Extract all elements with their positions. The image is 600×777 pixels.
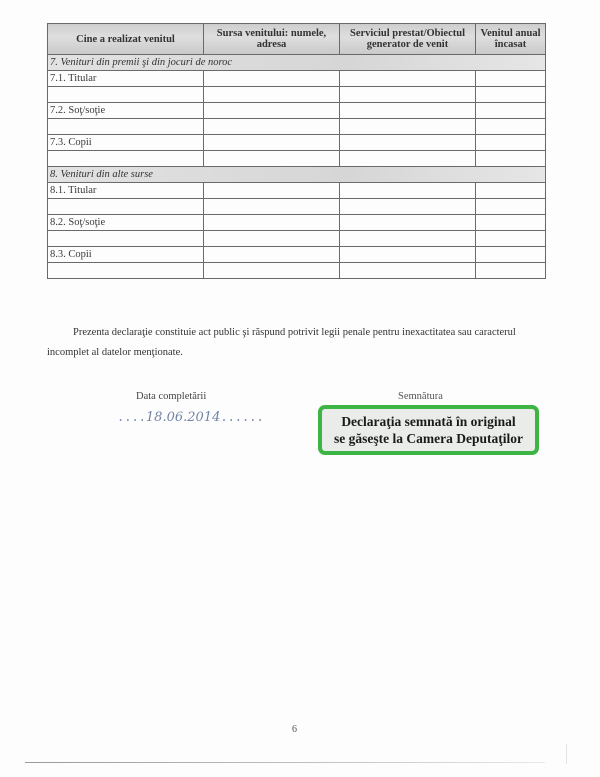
stamp-line-2: se găseşte la Camera Deputaţilor — [334, 430, 523, 447]
empty-cell — [476, 135, 546, 151]
date-field: ....18.06.2014...... — [117, 410, 264, 425]
signature-stamp: Declaraţia semnată în original se găseşt… — [318, 405, 539, 455]
empty-cell — [204, 247, 340, 263]
empty-cell — [340, 119, 476, 135]
empty-cell — [204, 135, 340, 151]
document-page: Cine a realizat venitul Sursa venitului:… — [0, 0, 600, 777]
empty-cell — [204, 151, 340, 167]
empty-cell — [476, 87, 546, 103]
section-title: 7. Venituri din premii şi din jocuri de … — [48, 55, 546, 71]
empty-cell — [340, 231, 476, 247]
empty-cell — [204, 119, 340, 135]
empty-cell — [476, 103, 546, 119]
row-label: 7.3. Copii — [48, 135, 204, 151]
empty-cell — [476, 263, 546, 279]
empty-cell — [204, 231, 340, 247]
empty-cell — [340, 151, 476, 167]
income-table: Cine a realizat venitul Sursa venitului:… — [47, 23, 546, 279]
row-label: 8.3. Copii — [48, 247, 204, 263]
table-row: 7.1. Titular — [48, 71, 546, 87]
row-label — [48, 199, 204, 215]
row-label — [48, 151, 204, 167]
empty-cell — [204, 87, 340, 103]
empty-cell — [340, 71, 476, 87]
table-row: 7.2. Soţ/soţie — [48, 103, 546, 119]
empty-cell — [204, 199, 340, 215]
empty-cell — [204, 71, 340, 87]
empty-cell — [340, 103, 476, 119]
header-source: Sursa venitului: numele, adresa — [204, 24, 340, 55]
table-row — [48, 231, 546, 247]
table-row: 8.1. Titular — [48, 183, 546, 199]
table-row — [48, 263, 546, 279]
empty-cell — [340, 183, 476, 199]
table-row: 8.3. Copii — [48, 247, 546, 263]
row-label — [48, 119, 204, 135]
empty-cell — [340, 87, 476, 103]
empty-cell — [476, 151, 546, 167]
empty-cell — [476, 199, 546, 215]
empty-cell — [204, 215, 340, 231]
empty-cell — [340, 199, 476, 215]
header-who: Cine a realizat venitul — [48, 24, 204, 55]
signature-label: Semnătura — [398, 391, 443, 402]
date-label: Data completării — [136, 391, 206, 402]
section-row: 8. Venituri din alte surse — [48, 167, 546, 183]
table-row — [48, 151, 546, 167]
page-number: 6 — [292, 724, 297, 735]
empty-cell — [476, 183, 546, 199]
row-label — [48, 263, 204, 279]
section-title: 8. Venituri din alte surse — [48, 167, 546, 183]
empty-cell — [340, 215, 476, 231]
row-label: 7.2. Soţ/soţie — [48, 103, 204, 119]
stamp-line-1: Declaraţia semnată în original — [341, 413, 515, 430]
row-label: 8.1. Titular — [48, 183, 204, 199]
table-row — [48, 199, 546, 215]
empty-cell — [476, 119, 546, 135]
empty-cell — [204, 103, 340, 119]
table-row: 7.3. Copii — [48, 135, 546, 151]
header-annual-income: Venitul anual încasat — [476, 24, 546, 55]
date-dots-after: ...... — [220, 410, 263, 424]
section-row: 7. Venituri din premii şi din jocuri de … — [48, 55, 546, 71]
scan-edge-mark — [566, 744, 567, 764]
footer-rule — [25, 762, 545, 763]
handwritten-date: 18.06.2014 — [146, 410, 220, 425]
table-body: 7. Venituri din premii şi din jocuri de … — [48, 55, 546, 279]
empty-cell — [340, 247, 476, 263]
empty-cell — [476, 215, 546, 231]
header-service: Serviciul prestat/Obiectul generator de … — [340, 24, 476, 55]
table-row — [48, 119, 546, 135]
row-label: 7.1. Titular — [48, 71, 204, 87]
empty-cell — [340, 263, 476, 279]
empty-cell — [476, 247, 546, 263]
row-label — [48, 231, 204, 247]
empty-cell — [204, 263, 340, 279]
empty-cell — [340, 135, 476, 151]
row-label — [48, 87, 204, 103]
legal-statement: Prezenta declaraţie constituie act publi… — [47, 323, 547, 363]
empty-cell — [204, 183, 340, 199]
table-row — [48, 87, 546, 103]
table-row: 8.2. Soţ/soţie — [48, 215, 546, 231]
empty-cell — [476, 231, 546, 247]
date-dots-before: .... — [117, 410, 146, 424]
empty-cell — [476, 71, 546, 87]
table-header-row: Cine a realizat venitul Sursa venitului:… — [48, 24, 546, 55]
row-label: 8.2. Soţ/soţie — [48, 215, 204, 231]
